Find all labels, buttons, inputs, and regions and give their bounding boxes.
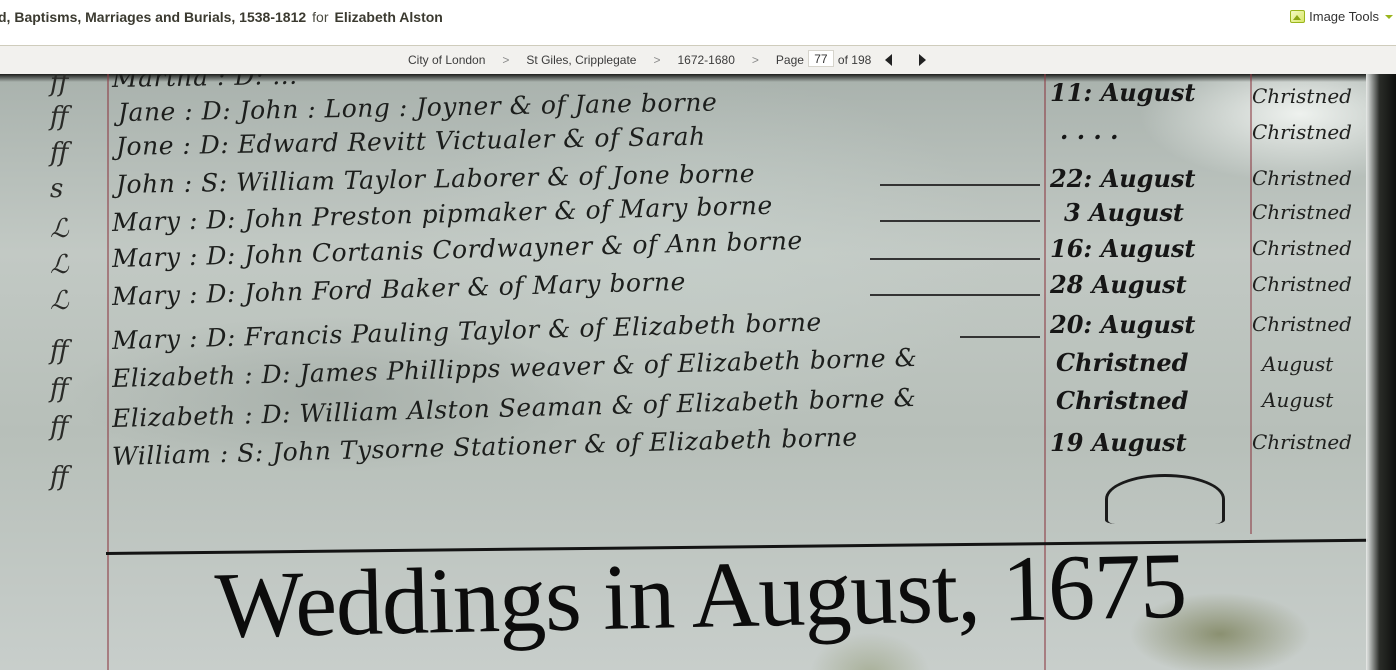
- browse-navbar: City of London > St Giles, Cripplegate >…: [0, 45, 1396, 74]
- entry-dash: [870, 258, 1040, 260]
- margin-mark: ℒ: [50, 286, 69, 316]
- baptism-date: 22: August: [1050, 164, 1196, 193]
- breadcrumb-separator: >: [502, 53, 509, 67]
- margin-mark: ff: [50, 336, 68, 366]
- page-number-input[interactable]: [808, 50, 834, 67]
- rite-label: Christned: [1252, 272, 1352, 296]
- image-tools-label: Image Tools: [1309, 9, 1379, 24]
- for-label: for: [312, 9, 328, 25]
- baptism-date: 16: August: [1050, 234, 1196, 263]
- margin-rule: [107, 74, 109, 670]
- register-entry: Jone : D: Edward Revitt Victualer & of S…: [116, 122, 706, 161]
- margin-mark: ℒ: [50, 250, 69, 280]
- baptism-date: 20: August: [1050, 310, 1196, 339]
- margin-mark: s: [50, 174, 63, 204]
- rite-label: Christned: [1252, 430, 1352, 454]
- margin-mark: ff: [50, 138, 68, 168]
- weddings-heading: Weddings in August, 1675: [214, 532, 1187, 660]
- record-title: d, Baptisms, Marriages and Burials, 1538…: [0, 9, 443, 25]
- breadcrumb-date-range[interactable]: 1672-1680: [677, 53, 734, 67]
- next-page-button[interactable]: [915, 53, 929, 67]
- previous-page-button[interactable]: [881, 53, 895, 67]
- baptism-date: 3 August: [1064, 198, 1184, 227]
- entry-dash: [880, 184, 1040, 186]
- arrow-right-icon: [919, 54, 926, 66]
- baptism-date: Christned: [1056, 386, 1188, 415]
- entry-dash: [880, 220, 1040, 222]
- breadcrumb-separator: >: [752, 53, 759, 67]
- person-name: Elizabeth Alston: [334, 9, 442, 25]
- baptism-date: . . . .: [1060, 116, 1119, 145]
- rite-label: Christned: [1252, 200, 1352, 224]
- baptism-date: Christned: [1056, 348, 1188, 377]
- register-entry: Jane : D: John : Long : Joyner & of Jane…: [118, 88, 718, 127]
- record-image-viewer[interactable]: ff ff ff s ℒ ℒ ℒ ff ff ff ff Martha : D:…: [0, 74, 1396, 670]
- rite-label: Christned: [1252, 166, 1352, 190]
- breadcrumb-parish[interactable]: St Giles, Cripplegate: [526, 53, 636, 67]
- margin-mark: ff: [50, 374, 68, 404]
- margin-mark: ff: [50, 412, 68, 442]
- baptism-date: 11: August: [1050, 78, 1196, 107]
- margin-mark: ff: [50, 462, 68, 492]
- entry-dash: [960, 336, 1040, 338]
- breadcrumb-location[interactable]: City of London: [408, 53, 485, 67]
- breadcrumb-separator: >: [653, 53, 660, 67]
- collection-title: d, Baptisms, Marriages and Burials, 1538…: [0, 9, 306, 25]
- rite-label: August: [1262, 388, 1333, 412]
- margin-mark: ff: [50, 102, 68, 132]
- caret-down-icon: [1385, 15, 1393, 19]
- margin-mark: ff: [50, 74, 68, 98]
- image-tools-menu[interactable]: Image Tools: [1290, 9, 1393, 24]
- scribal-flourish: [1105, 474, 1225, 524]
- entry-dash: [870, 294, 1040, 296]
- register-entry: Martha : D: ...: [112, 74, 298, 93]
- binding-edge: [1366, 74, 1396, 670]
- title-bar: d, Baptisms, Marriages and Burials, 1538…: [0, 0, 1396, 45]
- rite-label: Christned: [1252, 236, 1352, 260]
- rite-label: August: [1262, 352, 1333, 376]
- picture-icon: [1290, 10, 1305, 23]
- margin-mark: ℒ: [50, 214, 69, 244]
- baptism-date: 19 August: [1050, 428, 1187, 457]
- rite-label: Christned: [1252, 120, 1352, 144]
- breadcrumb: City of London > St Giles, Cripplegate >…: [408, 52, 929, 67]
- page-total: of 198: [838, 53, 871, 67]
- register-entry: Mary : D: John Ford Baker & of Mary born…: [112, 267, 687, 311]
- baptism-date: 28 August: [1050, 270, 1187, 299]
- page-label: Page: [776, 53, 804, 67]
- rite-label: Christned: [1252, 312, 1352, 336]
- rite-label: Christned: [1252, 84, 1352, 108]
- arrow-left-icon: [885, 54, 892, 66]
